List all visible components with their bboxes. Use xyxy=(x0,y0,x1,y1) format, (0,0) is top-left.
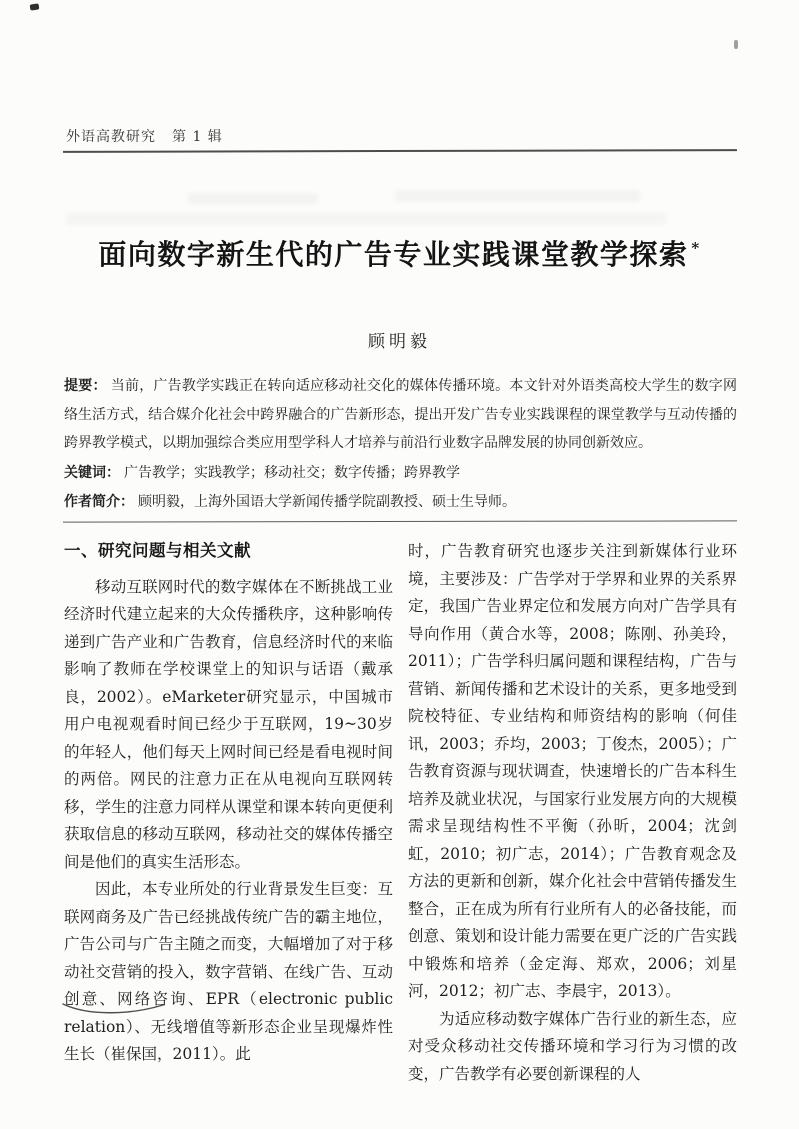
abstract-paragraph: 提要：当前，广告教学实践正在转向适应移动社交化的媒体传播环境。本文针对外语类高校… xyxy=(64,371,737,458)
journal-name: 外语高教研究 xyxy=(66,129,156,145)
author-bio-label: 作者简介： xyxy=(64,493,134,509)
paper-title-text: 面向数字新生代的广告专业实践课堂教学探索 xyxy=(98,238,688,271)
scan-artifact-speck xyxy=(30,3,40,10)
body-paragraph: 为适应移动数字媒体广告行业的新生态，应对受众移动社交传播环境和学习行为习惯的改变… xyxy=(408,1006,737,1089)
body-paragraph: 移动互联网时代的数字媒体在不断挑战工业经济时代建立起来的大众传播秩序，这种影响传… xyxy=(64,574,393,877)
abstract-text: 当前，广告教学实践正在转向适应移动社交化的媒体传播环境。本文针对外语类高校大学生… xyxy=(64,378,737,451)
scan-artifact-speck xyxy=(734,40,738,49)
bleed-through-smudge xyxy=(188,193,318,204)
keywords-text: 广告教学；实践教学；移动社交；数字传播；跨界教学 xyxy=(124,465,460,481)
front-matter: 提要：当前，广告教学实践正在转向适应移动社交化的媒体传播环境。本文针对外语类高校… xyxy=(64,371,737,517)
right-column: 时，广告教育研究也逐步关注到新媒体行业环境，主要涉及：广告学对于学界和业界的关系… xyxy=(408,538,737,1088)
bleed-through-smudge xyxy=(66,213,666,225)
section-heading: 一、研究问题与相关文献 xyxy=(64,538,393,566)
header-rule xyxy=(63,149,737,153)
bleed-through-smudge xyxy=(395,190,640,202)
paper-title: 面向数字新生代的广告专业实践课堂教学探索* xyxy=(0,233,799,273)
keywords-label: 关键词： xyxy=(64,464,120,480)
running-header: 外语高教研究第 1 辑 xyxy=(66,126,223,146)
abstract-label: 提要： xyxy=(64,377,107,393)
divider-rule xyxy=(63,520,737,522)
body-paragraph-continuation: 时，广告教育研究也逐步关注到新媒体行业环境，主要涉及：广告学对于学界和业界的关系… xyxy=(408,538,737,1006)
body-paragraph: 因此，本专业所处的行业背景发生巨变：互联网商务及广告已经挑战传统广告的霸主地位，… xyxy=(64,876,393,1069)
footnote-marker: * xyxy=(691,239,700,257)
author-bio-text: 顾明毅，上海外国语大学新闻传播学院副教授、硕士生导师。 xyxy=(138,494,516,510)
keywords-paragraph: 关键词：广告教学；实践教学；移动社交；数字传播；跨界教学 xyxy=(64,458,737,488)
issue-number: 第 1 辑 xyxy=(172,129,223,145)
author-name: 顾明毅 xyxy=(0,327,799,352)
proofreading-curve-mark xyxy=(60,1000,166,1018)
scanned-paper-page: 外语高教研究第 1 辑 面向数字新生代的广告专业实践课堂教学探索* 顾明毅 提要… xyxy=(0,0,799,1129)
author-bio-paragraph: 作者简介：顾明毅，上海外国语大学新闻传播学院副教授、硕士生导师。 xyxy=(64,487,737,517)
